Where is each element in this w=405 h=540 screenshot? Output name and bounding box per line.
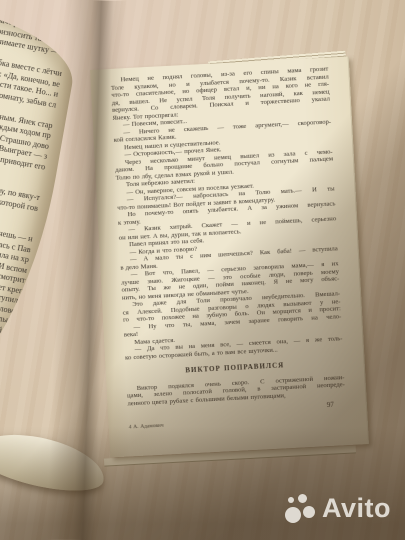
right-page-block-1: Немец не поднял головы, из-за его спины … bbox=[110, 66, 343, 362]
avito-watermark: Avito bbox=[285, 493, 391, 524]
page-number: 97 bbox=[327, 402, 334, 410]
right-page: Немец не поднял головы, из-за его спины … bbox=[90, 56, 369, 457]
avito-circles-icon bbox=[285, 494, 315, 524]
right-page-text: Немец не поднял головы, из-за его спины … bbox=[110, 66, 346, 432]
photo-of-open-book: но. Иначе ранил стал бы иера произносить… bbox=[0, 0, 405, 540]
avito-wordmark: Avito bbox=[322, 493, 391, 524]
